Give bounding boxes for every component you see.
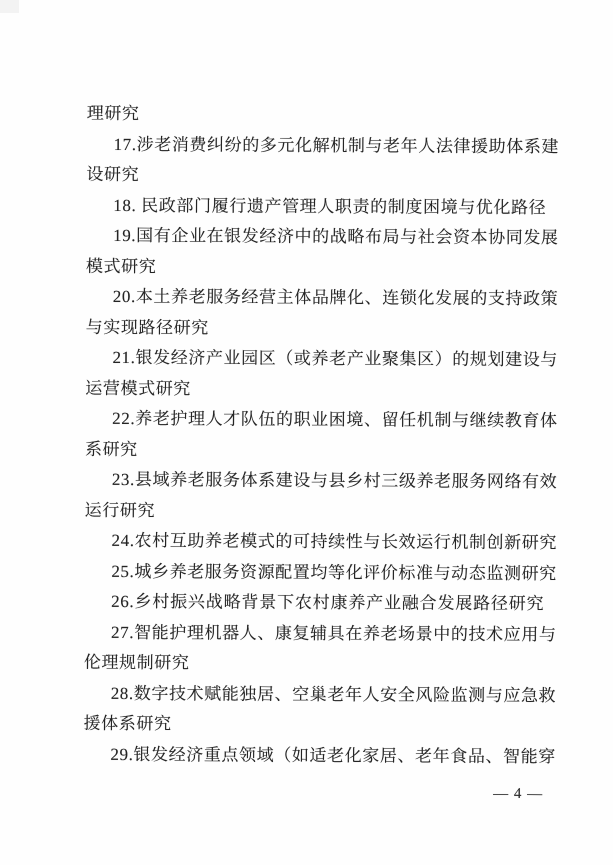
document-line: 运行研究 <box>85 495 545 528</box>
list-item-28: 28.数字技术赋能独居、空巢老年人安全风险监测与应急救 <box>84 678 544 711</box>
document-body: 理研究 17.涉老消费纠纷的多元化解机制与老年人法律援助体系建 设研究 18. … <box>83 99 547 802</box>
document-line: 系研究 <box>85 434 545 467</box>
scanned-page: 理研究 17.涉老消费纠纷的多元化解机制与老年人法律援助体系建 设研究 18. … <box>0 0 613 865</box>
list-item-20: 20.本土养老服务经营主体品牌化、连锁化发展的支持政策 <box>86 282 546 315</box>
document-line: 运营模式研究 <box>85 373 545 406</box>
list-item-19: 19.国有企业在银发经济中的战略布局与社会资本协同发展 <box>86 221 546 254</box>
list-item-23: 23.县域养老服务体系建设与县乡村三级养老服务网络有效 <box>85 465 545 498</box>
document-line: 设研究 <box>86 160 546 193</box>
document-line: 模式研究 <box>86 251 546 284</box>
document-line: 与实现路径研究 <box>86 312 546 345</box>
document-line: 伦理规制研究 <box>84 648 544 681</box>
list-item-29: 29.银发经济重点领域（如适老化家居、老年食品、智能穿 <box>83 739 543 772</box>
list-item-24: 24.农村互助养老模式的可持续性与长效运行机制创新研究 <box>84 526 544 559</box>
list-item-26: 26.乡村振兴战略背景下农村康养产业融合发展路径研究 <box>84 587 544 620</box>
list-item-27: 27.智能护理机器人、康复辅具在养老场景中的技术应用与 <box>84 617 544 650</box>
document-line: 援体系研究 <box>83 709 543 742</box>
list-item-22: 22.养老护理人才队伍的职业困境、留任机制与继续教育体 <box>85 404 545 437</box>
list-item-25: 25.城乡养老服务资源配置均等化评价标准与动态监测研究 <box>84 556 544 589</box>
scan-corner-artifact <box>0 0 19 13</box>
list-item-21: 21.银发经济产业园区（或养老产业聚集区）的规划建设与 <box>85 343 545 376</box>
document-line: 理研究 <box>87 99 547 132</box>
list-item-17: 17.涉老消费纠纷的多元化解机制与老年人法律援助体系建 <box>87 129 547 162</box>
list-item-18: 18. 民政部门履行遗产管理人职责的制度困境与优化路径 <box>86 190 546 223</box>
page-number: — 4 — <box>83 784 543 802</box>
